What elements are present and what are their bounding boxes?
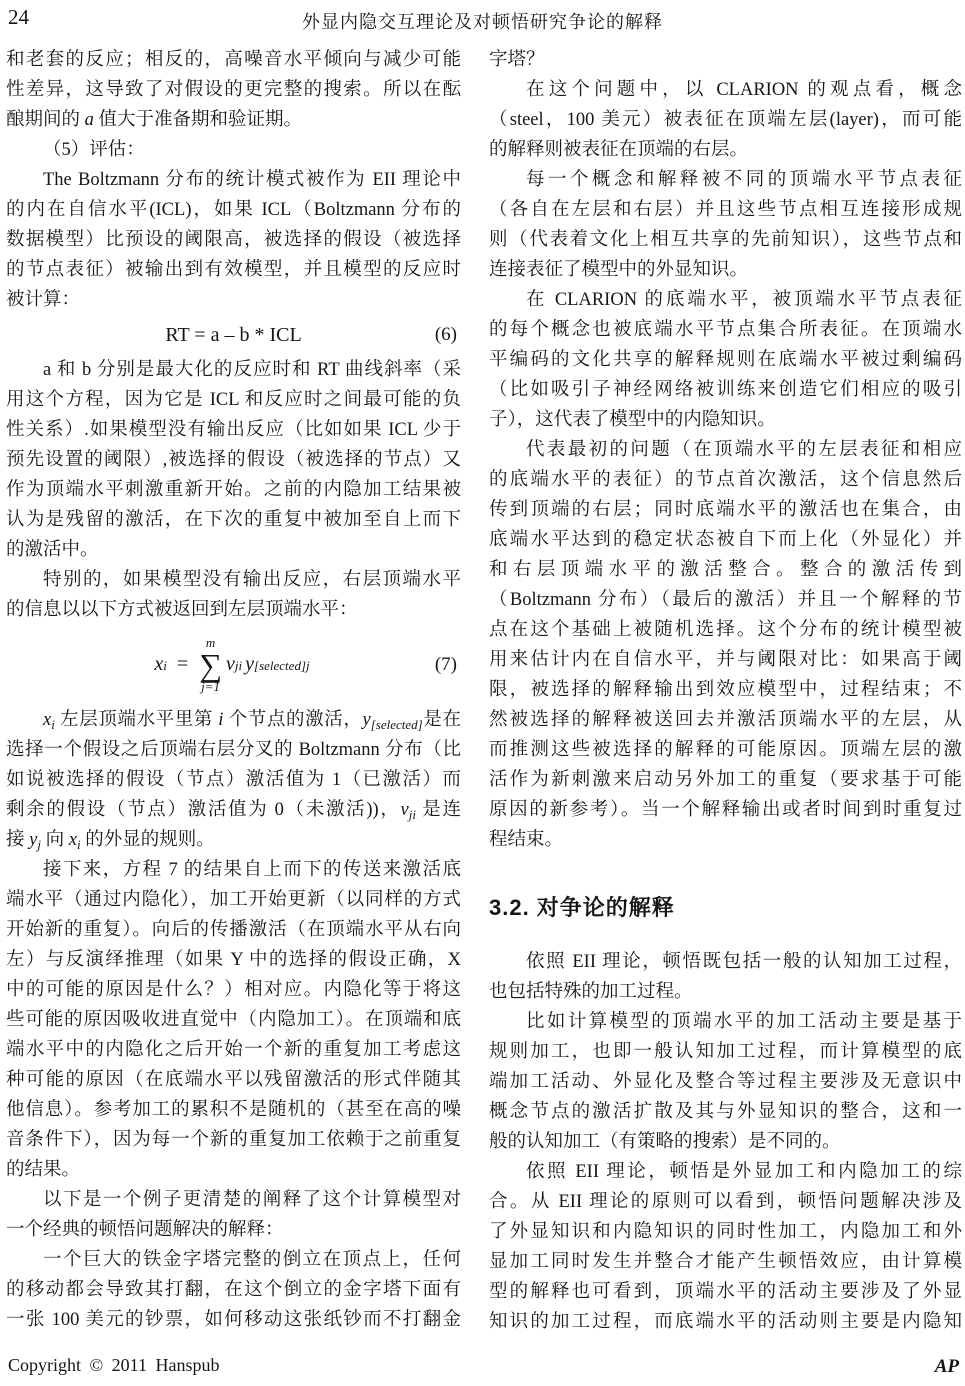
text-line: 和右层顶端水平的激活整合。整合的激活传到 <box>489 555 962 585</box>
equation-6-body: RT = a – b * ICL <box>165 324 301 346</box>
text-line: 以下是一个例子更清楚的阐释了这个计算模型对 <box>6 1185 461 1215</box>
text-line: 左）与反演绎推理（如果 Y 中的选择的假设正确，X <box>6 945 461 975</box>
summation-symbol: m ∑ j=1 <box>199 636 222 695</box>
equation-7-body: xi = m ∑ j=1 vji y[selected]j <box>154 636 312 695</box>
text-line: （各自在左层和右层）并且这些节点相互连接形成规 <box>489 195 962 225</box>
math-inline: ji <box>409 807 416 822</box>
equation-7-number: (7) <box>435 654 457 676</box>
text-line: 代表最初的问题（在顶端水平的左层表征和相应 <box>489 435 962 465</box>
text-line: 的底端水平的表征）的节点首次激活，这个信息然后 <box>489 465 962 495</box>
text-run: 是在 <box>423 710 461 730</box>
running-header-title: 外显内隐交互理论及对顿悟研究争论的解释 <box>0 8 965 34</box>
text-line: 用来估计内在自信水平，并与阈限对比：如果高于阈 <box>489 645 962 675</box>
text-line: 点在这个基础上被随机选择。这个分布的统计模型被 <box>489 615 962 645</box>
math-inline: v <box>401 800 409 820</box>
text-line: 平编码的文化共享的解释规则在底端水平被过剩编码 <box>489 345 962 375</box>
math-sub: [selected]j <box>254 658 310 674</box>
equation-7: xi = m ∑ j=1 vji y[selected]j (7) <box>6 625 461 705</box>
text-run: 值大于准备期和验证期。 <box>94 110 302 130</box>
text-line: 字塔？ <box>489 45 962 75</box>
text-line: 传到顶端的右层；同时底端水平的激活也在集合，由 <box>489 495 962 525</box>
text-line: 中的可能的原因是什么？）相对应。内隐化等于将这 <box>6 975 461 1005</box>
text-line: 他信息）。参考加工的累积不是随机的（甚至在高的噪 <box>6 1095 461 1125</box>
math-sub: i <box>163 658 167 674</box>
text-line: 概念节点的激活扩散及其与外显知识的整合，这和一 <box>489 1097 962 1127</box>
text-line: 在这个问题中，以 CLARION 的观点看，概念 <box>489 75 962 105</box>
two-column-body: 和老套的反应；相反的，高噪音水平倾向与减少可能性差异，这导致了对假设的更完整的搜… <box>6 45 962 1337</box>
equation-7-term-y: y[selected]j <box>245 653 309 676</box>
math-inline: [selected] <box>371 717 423 732</box>
text-line: 原因的新参考）。当一个解释输出或者时间到时重复过 <box>489 795 962 825</box>
text-line: 的每个概念也被底端水平节点集合所表征。在顶端水 <box>489 315 962 345</box>
text-line: 的解释则被表征在顶端的右层。 <box>489 135 962 165</box>
math-inline: a <box>85 110 94 130</box>
text-line: 的激活中。 <box>6 535 461 565</box>
math-var: x <box>154 653 163 676</box>
text-line: 作为顶端水平刺激重新开始。之前的内隐加工结果被 <box>6 475 461 505</box>
text-line: （Boltzmann 分布）（最后的激活）并且一个解释的节 <box>489 585 962 615</box>
text-line: 特别的，如果模型没有输出反应，右层顶端水平 <box>6 565 461 595</box>
text-line: xi 左层顶端水平里第 i 个节点的激活，y[selected]是在 <box>6 705 461 735</box>
text-line: 的信息以以下方式被返回到左层顶端水平： <box>6 595 461 625</box>
text-line: 底端水平达到的稳定状态被自下而上化（外显化）并 <box>489 525 962 555</box>
text-line: 端水平中的内隐化之后开始一个新的重复加工考虑这 <box>6 1035 461 1065</box>
text-line: 依照 EII 理论，顿悟是外显加工和内隐加工的综 <box>489 1157 962 1187</box>
equation-7-term-v: vji <box>226 653 242 676</box>
text-line: （steel，100 美元）被表征在顶端左层(layer)，而可能 <box>489 105 962 135</box>
text-line: 选择一个假设之后顶端右层分叉的 Boltzmann 分布（比 <box>6 735 461 765</box>
text-line: 端加工活动、外显化及整合等过程主要涉及无意识中 <box>489 1067 962 1097</box>
text-line: 被计算： <box>6 285 461 315</box>
text-line: 在 CLARION 的底端水平，被顶端水平节点表征 <box>489 285 962 315</box>
text-line: 然被选择的解释被送回去并激活顶端水平的左层，从 <box>489 705 962 735</box>
text-line: 认为是残留的激活，在下次的重复中被加至自上而下 <box>6 505 461 535</box>
text-line: 数据模型）比预设的阈限高，被选择的假设（被选择 <box>6 225 461 255</box>
math-var: y <box>245 653 254 676</box>
text-line: 用这个方程，因为它是 ICL 和反应时之间最可能的负 <box>6 385 461 415</box>
copyright-text: Copyright © 2011 Hanspub <box>8 1355 220 1376</box>
text-line: 的节点表征）被输出到有效模型，并且模型的反应时 <box>6 255 461 285</box>
text-line: 程结束。 <box>489 825 962 855</box>
text-line: 如说被选择的假设（节点）激活值为 1（已激活）而 <box>6 765 461 795</box>
text-line: 和老套的反应；相反的，高噪音水平倾向与减少可能 <box>6 45 461 75</box>
text-line: 性关系）.如果模型没有输出反应（比如如果 ICL 少于 <box>6 415 461 445</box>
text-run: 左层顶端水平里第 <box>55 710 218 730</box>
document-page: 24 外显内隐交互理论及对顿悟研究争论的解释 和老套的反应；相反的，高噪音水平倾… <box>0 0 965 1386</box>
text-line: 性差异，这导致了对假设的更完整的搜索。所以在酝 <box>6 75 461 105</box>
text-line: 比如计算模型的顶端水平的加工活动主要是基于 <box>489 1007 962 1037</box>
text-line: 些可能的原因吸收进直觉中（内隐加工）。在顶端和底 <box>6 1005 461 1035</box>
sum-lower-limit: j=1 <box>201 680 220 694</box>
text-line: 般的认知加工（有策略的搜索）是不同的。 <box>489 1127 962 1157</box>
text-line: 一张 100 美元的钞票，如何移动这张纸钞而不打翻金 <box>6 1305 461 1335</box>
text-line: 型的解释也可看到，顶端水平的活动主要涉及了外显 <box>489 1277 962 1307</box>
math-inline: x <box>69 830 77 850</box>
text-line: 则（代表着文化上相互共享的先前知识），这些节点和 <box>489 225 962 255</box>
text-line: 显加工同时发生并整合才能产生顿悟效应，由计算模 <box>489 1247 962 1277</box>
text-line: （比如吸引子神经网络被训练来创造它们相应的吸引 <box>489 375 962 405</box>
math-sub: ji <box>235 658 242 674</box>
text-line: 一个经典的顿悟问题解决的解释： <box>6 1215 461 1245</box>
math-inline: x <box>43 710 51 730</box>
text-line: 接 yj 向 xi 的外显的规则。 <box>6 825 461 855</box>
text-run: 个节点的激活， <box>223 710 362 730</box>
sigma-glyph: ∑ <box>199 650 222 680</box>
text-line: 接下来，方程 7 的结果自上而下的传送来激活底 <box>6 855 461 885</box>
math-inline: y <box>363 710 371 730</box>
text-line: 一个巨大的铁金字塔完整的倒立在顶点上，任何 <box>6 1245 461 1275</box>
text-line: 了外显知识和内隐知识的同时性加工，内隐加工和外 <box>489 1217 962 1247</box>
text-run: 是连 <box>416 800 461 820</box>
text-line: 规则加工，也即一般认知加工过程，而计算模型的底 <box>489 1037 962 1067</box>
equation-6: RT = a – b * ICL (6) <box>6 315 461 355</box>
text-line: The Boltzmann 分布的统计模式被作为 EII 理论中 <box>6 165 461 195</box>
text-line: 开始新的重复）。向后的传播激活（在顶端水平从右向 <box>6 915 461 945</box>
section-heading: 3.2. 对争论的解释 <box>489 891 962 925</box>
text-line: 酿期间的 a 值大于准备期和验证期。 <box>6 105 461 135</box>
text-line: 剩余的假设（节点）激活值为 0（未激活))，vji 是连 <box>6 795 461 825</box>
text-line: 的结果。 <box>6 1155 461 1185</box>
text-line: 的移动都会导致其打翻，在这个倒立的金字塔下面有 <box>6 1275 461 1305</box>
text-line: 依照 EII 理论，顿悟既包括一般的认知加工过程， <box>489 947 962 977</box>
text-run: 酿期间的 <box>6 110 85 130</box>
text-line: 合。从 EII 理论的原则可以看到，顿悟问题解决涉及 <box>489 1187 962 1217</box>
text-line: 也包括特殊的加工过程。 <box>489 977 962 1007</box>
text-line: 预先设置的阈限）,被选择的假设（被选择的节点）又 <box>6 445 461 475</box>
right-column: 字塔？在这个问题中，以 CLARION 的观点看，概念（steel，100 美元… <box>489 45 962 1337</box>
equals-sign: = <box>177 653 188 676</box>
publisher-logo: AP <box>935 1356 959 1378</box>
text-line: 的内在自信水平(ICL)，如果 ICL（Boltzmann 分布的 <box>6 195 461 225</box>
text-run: 接 <box>6 830 29 850</box>
text-line: 种可能的原因（在底端水平以残留激活的形式伴随其 <box>6 1065 461 1095</box>
text-line: a 和 b 分别是最大化的反应时和 RT 曲线斜率（采 <box>6 355 461 385</box>
text-line: 限，被选择的解释输出到效应模型中，过程结束；不 <box>489 675 962 705</box>
text-line: 活作为新刺激来启动另外加工的重复（要求基于可能 <box>489 765 962 795</box>
math-var: v <box>226 653 235 676</box>
text-run: 的外显的规则。 <box>81 830 215 850</box>
text-line: 连接表征了模型中的外显知识。 <box>489 255 962 285</box>
text-line: 知识的加工过程，而底端水平的活动则主要是内隐知 <box>489 1307 962 1337</box>
text-line: 音条件下），因为每一个新的重复加工依赖于之前重复 <box>6 1125 461 1155</box>
text-line: （5）评估： <box>6 135 461 165</box>
text-line: 每一个概念和解释被不同的顶端水平节点表征 <box>489 165 962 195</box>
text-line: 子），这代表了模型中的内隐知识。 <box>489 405 962 435</box>
equation-7-lhs: xi <box>154 653 167 676</box>
text-line: 端水平（通过内隐化），加工开始更新（以同样的方式 <box>6 885 461 915</box>
equation-6-number: (6) <box>435 315 457 355</box>
text-line: 而推测这些被选择的解释的可能原因。顶端左层的激 <box>489 735 962 765</box>
text-run: 剩余的假设（节点）激活值为 0（未激活))， <box>6 800 401 820</box>
left-column: 和老套的反应；相反的，高噪音水平倾向与减少可能性差异，这导致了对假设的更完整的搜… <box>6 45 461 1337</box>
text-run: 向 <box>41 830 69 850</box>
